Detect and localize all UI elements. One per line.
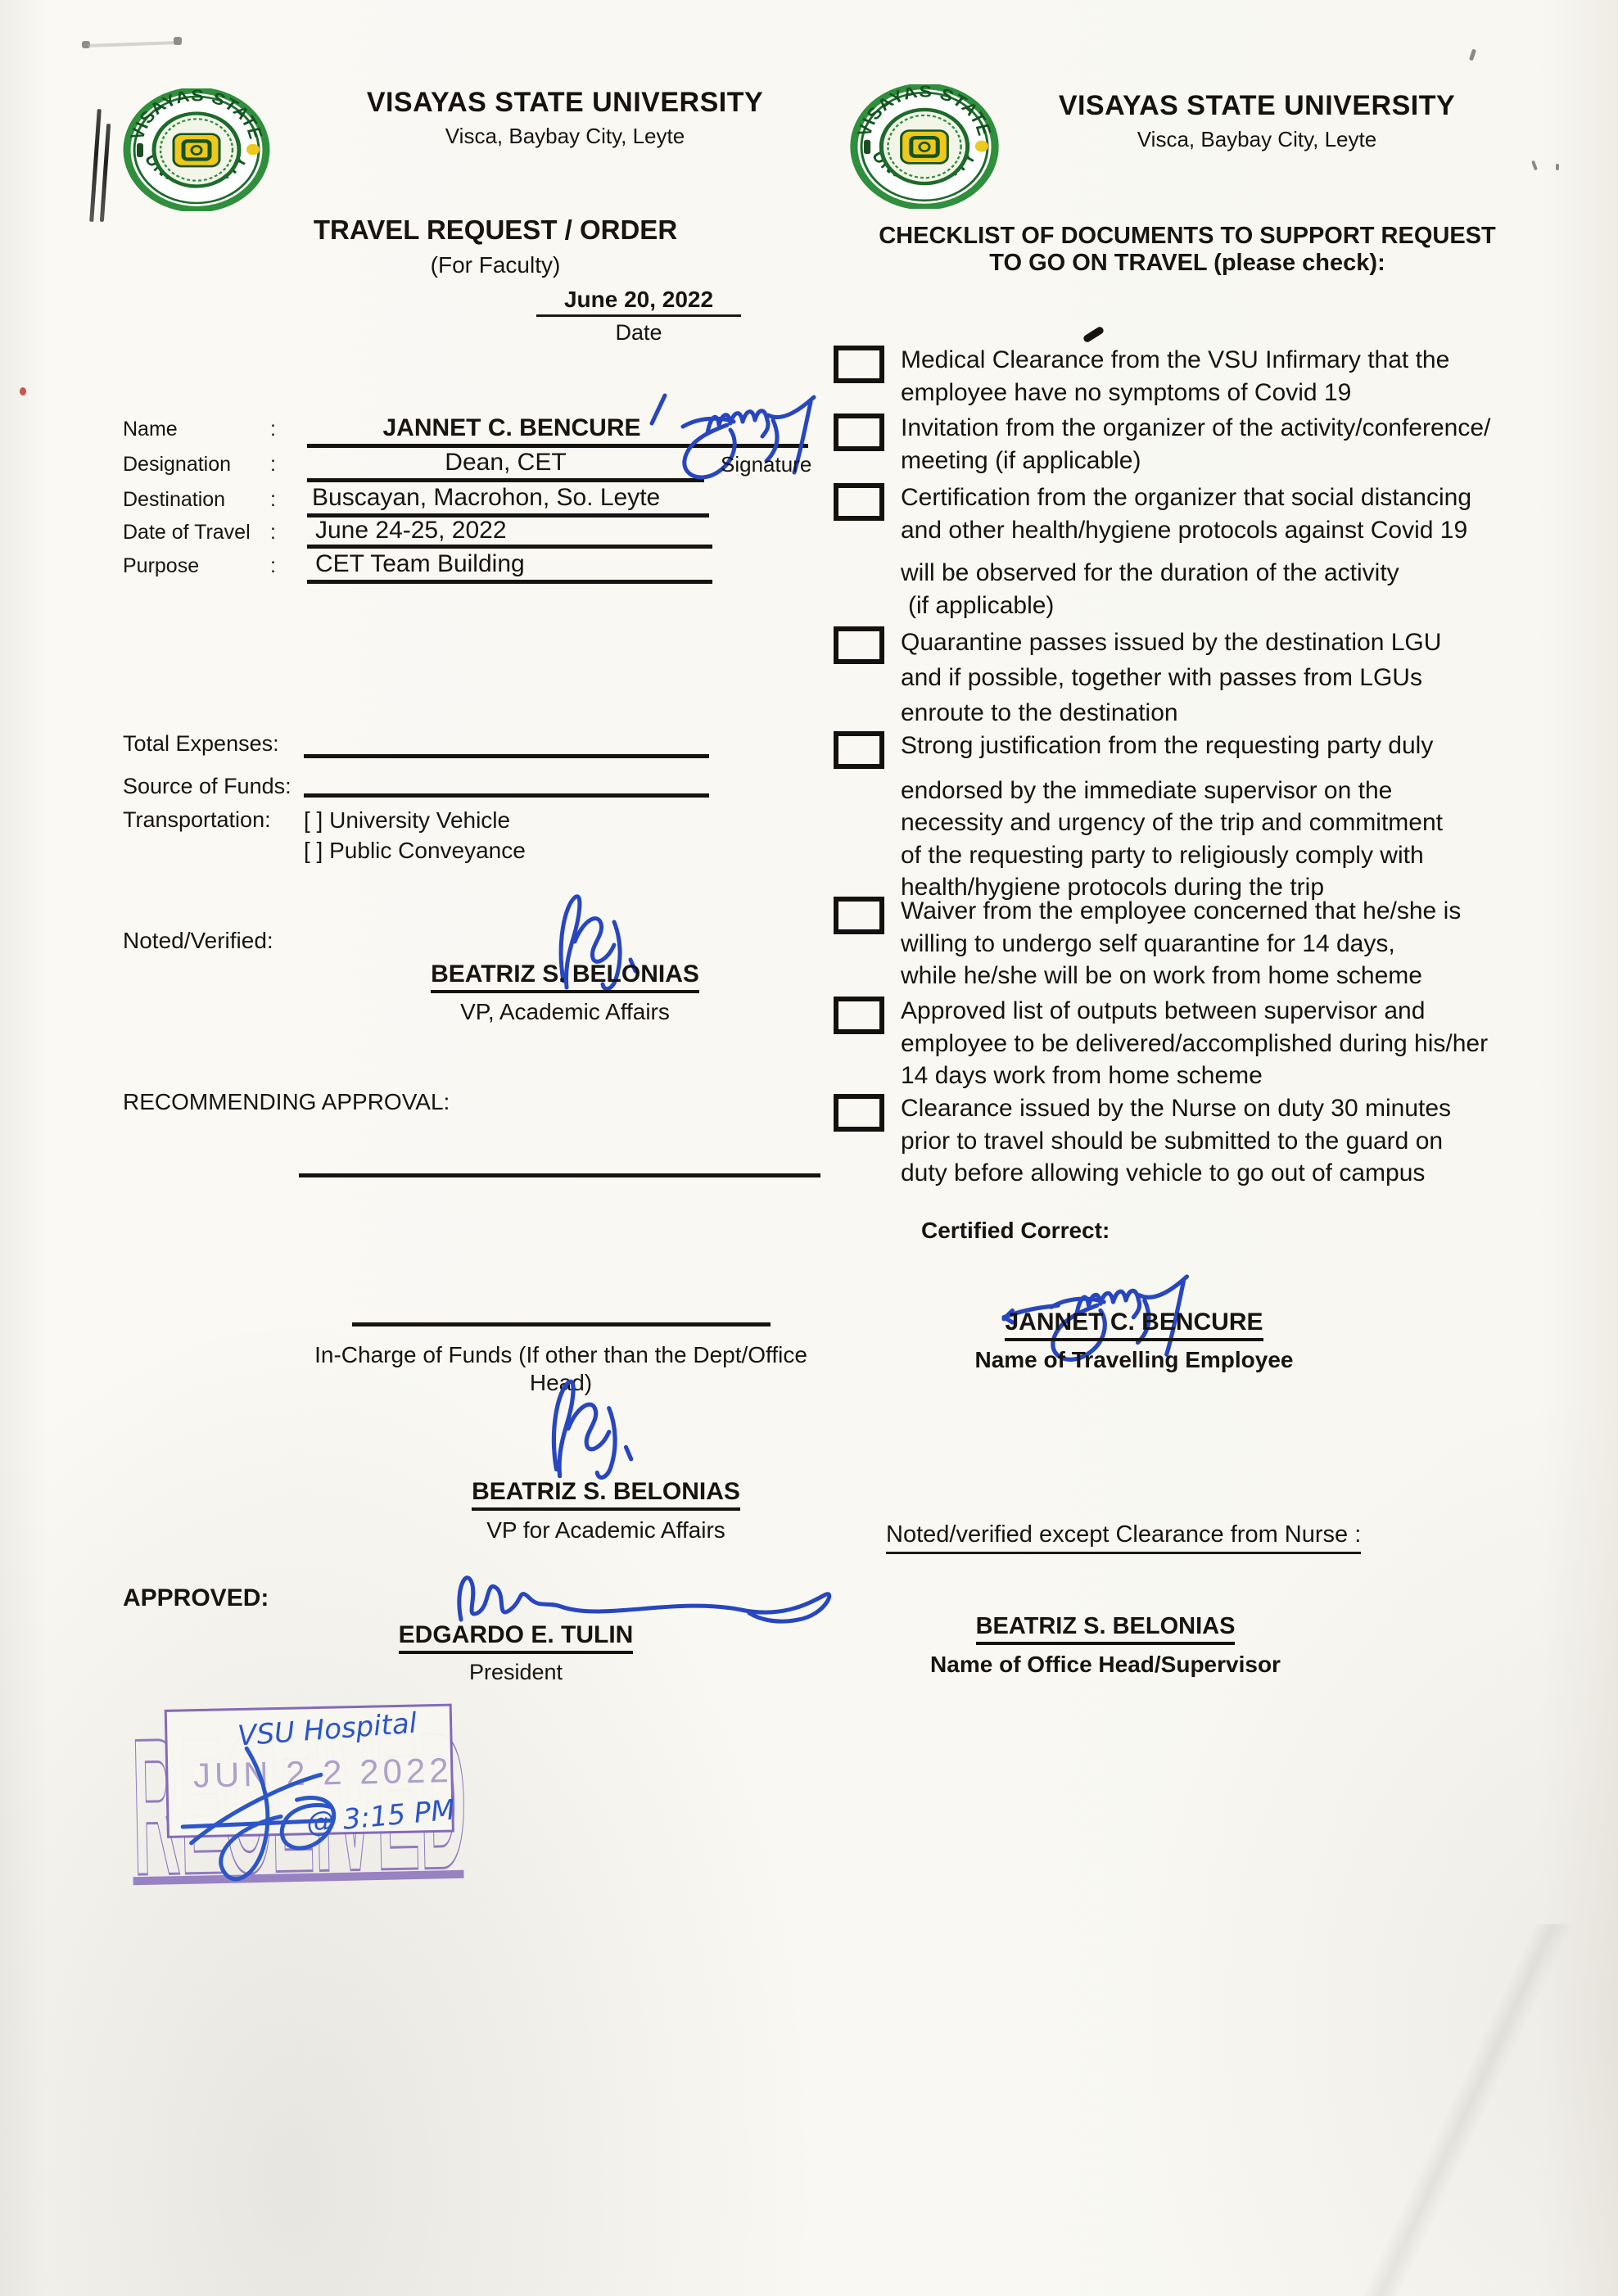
total-expenses-label: Total Expenses: <box>123 731 279 757</box>
in-charge-signature-line <box>352 1322 771 1327</box>
checklist-line: meeting (if applicable) <box>901 445 1554 477</box>
paper-speck <box>1556 164 1559 170</box>
field-label-destination: Destination <box>123 488 225 512</box>
checklist-item: Medical Clearance from the VSU Infirmary… <box>834 344 1554 409</box>
transport-option-public-conveyance: [ ] Public Conveyance <box>304 838 526 864</box>
form-title-block: TRAVEL REQUEST / ORDER (For Faculty) <box>229 215 762 278</box>
field-value-purpose: CET Team Building <box>307 550 712 584</box>
checkbox <box>834 997 884 1034</box>
transportation-label: Transportation: <box>123 807 271 833</box>
signature-caption: Signature <box>721 452 811 477</box>
checklist-line: 14 days work from home scheme <box>901 1060 1554 1092</box>
checklist-line: duty before allowing vehicle to go out o… <box>901 1157 1554 1190</box>
belonias-signature-2 <box>522 1369 662 1484</box>
checklist-item: Clearance issued by the Nurse on duty 30… <box>834 1092 1554 1190</box>
total-expenses-line <box>304 754 709 758</box>
form-subtitle: (For Faculty) <box>229 252 762 278</box>
checklist-line: enroute to the destination <box>901 695 1554 730</box>
office-head-name: BEATRIZ S. BELONIAS <box>976 1613 1236 1645</box>
checkbox <box>834 1094 884 1132</box>
field-value-date-of-travel: June 24-25, 2022 <box>307 517 712 549</box>
certified-correct-label: Certified Correct: <box>921 1218 1110 1244</box>
checklist-line: will be observed for the duration of the… <box>901 557 1554 590</box>
in-charge-title: VP for Academic Affairs <box>426 1517 786 1543</box>
field-colon: : <box>270 453 276 477</box>
source-of-funds-line <box>304 793 709 798</box>
checklist-item: Certification from the organizer that so… <box>834 481 1554 621</box>
checklist-line: Clearance issued by the Nurse on duty 30… <box>901 1092 1554 1125</box>
checkbox <box>834 731 884 769</box>
form-title: TRAVEL REQUEST / ORDER <box>229 215 762 246</box>
noted-verified-label: Noted/Verified: <box>123 928 273 954</box>
scanned-travel-request-page: VISAYAS STATE UNIVERSITY VISAYAS STATE U… <box>0 0 1618 2296</box>
field-colon: : <box>270 521 276 545</box>
checkbox <box>834 626 884 664</box>
field-label-date-of-travel: Date of Travel <box>123 521 251 545</box>
checkbox <box>834 414 884 451</box>
recommending-signature-line <box>299 1173 820 1177</box>
approved-name: EDGARDO E. TULIN <box>399 1621 634 1654</box>
university-address: Visca, Baybay City, Leyte <box>295 124 835 149</box>
checklist-line: Quarantine passes issued by the destinat… <box>901 625 1554 660</box>
field-colon: : <box>270 554 276 578</box>
field-colon: : <box>270 488 276 512</box>
in-charge-caption-line1: In-Charge of Funds (If other than the De… <box>270 1341 852 1369</box>
checklist-item: Approved list of outputs between supervi… <box>834 995 1554 1092</box>
checklist-line: Medical Clearance from the VSU Infirmary… <box>901 344 1554 377</box>
stamp-date: JUN 2 2 2022 <box>192 1751 453 1795</box>
checklist: Medical Clearance from the VSU Infirmary… <box>834 0 1554 1228</box>
checklist-item: Waiver from the employee concerned that … <box>834 895 1554 992</box>
in-charge-name: BEATRIZ S. BELONIAS <box>472 1478 740 1511</box>
approved-label: APPROVED: <box>123 1584 269 1612</box>
checklist-item: Invitation from the organizer of the act… <box>834 412 1554 477</box>
field-label-designation: Designation <box>123 453 231 477</box>
date-label: Date <box>536 320 741 346</box>
noted-name: BEATRIZ S. BELONIAS <box>431 960 699 993</box>
checklist-line: employee have no symptoms of Covid 19 <box>901 377 1554 409</box>
field-label-name: Name <box>123 418 178 441</box>
vsu-seal-left: VISAYAS STATE UNIVERSITY <box>123 88 270 211</box>
source-of-funds-label: Source of Funds: <box>123 774 292 799</box>
recommending-approval-label: RECOMMENDING APPROVAL: <box>123 1089 450 1115</box>
checklist-line: while he/she will be on work from home s… <box>901 960 1554 992</box>
checklist-line: prior to travel should be submitted to t… <box>901 1125 1554 1158</box>
staple-mark-top <box>82 36 182 49</box>
checklist-item: Strong justification from the requesting… <box>834 730 1554 904</box>
checklist-line: Strong justification from the requesting… <box>901 730 1554 762</box>
left-header: VISAYAS STATE UNIVERSITY Visca, Baybay C… <box>295 87 835 149</box>
checkbox <box>834 483 884 521</box>
office-head-caption: Name of Office Head/Supervisor <box>901 1652 1310 1678</box>
field-colon: : <box>270 418 276 441</box>
transport-option-university-vehicle: [ ] University Vehicle <box>304 807 510 834</box>
red-ink-speck <box>20 387 26 395</box>
checkbox <box>834 346 884 383</box>
received-stamp: RECEIVED VSU Hospital JUN 2 2 2022 @ 3:1… <box>122 1666 476 1892</box>
checklist-line: Invitation from the organizer of the act… <box>901 412 1554 445</box>
checklist-item: Quarantine passes issued by the destinat… <box>834 625 1554 730</box>
paper-crease <box>1310 1924 1618 2296</box>
checkbox <box>834 897 884 934</box>
staple-mark-left <box>90 109 111 224</box>
checklist-line: Certification from the organizer that so… <box>901 481 1554 514</box>
checklist-line: willing to undergo self quarantine for 1… <box>901 928 1554 960</box>
seal-torch-icon <box>137 143 143 157</box>
checklist-line: Waiver from the employee concerned that … <box>901 895 1554 928</box>
checklist-line: employee to be delivered/accomplished du… <box>901 1028 1554 1060</box>
traveller-name-block: JANNET C. BENCURE Name of Travelling Emp… <box>925 1308 1343 1373</box>
noted-except-note: Noted/verified except Clearance from Nur… <box>886 1521 1361 1554</box>
date-value: June 20, 2022 <box>536 287 741 317</box>
checklist-line: and other health/hygiene protocols again… <box>901 514 1554 547</box>
traveller-name: JANNET C. BENCURE <box>1005 1308 1263 1341</box>
noted-title: VP, Academic Affairs <box>393 999 737 1025</box>
traveller-caption: Name of Travelling Employee <box>925 1347 1343 1373</box>
checklist-line: necessity and urgency of the trip and co… <box>901 807 1554 839</box>
checklist-line: (if applicable) <box>901 590 1554 622</box>
checklist-line: Approved list of outputs between supervi… <box>901 995 1554 1028</box>
checklist-line: and if possible, together with passes fr… <box>901 660 1554 695</box>
noted-name-block: BEATRIZ S. BELONIAS VP, Academic Affairs <box>393 960 737 1025</box>
checklist-line: of the requesting party to religiously c… <box>901 839 1554 872</box>
date-block: June 20, 2022 Date <box>536 287 741 346</box>
in-charge-name-block: BEATRIZ S. BELONIAS VP for Academic Affa… <box>426 1478 786 1543</box>
checklist-line: endorsed by the immediate supervisor on … <box>901 775 1554 807</box>
university-name: VISAYAS STATE UNIVERSITY <box>295 87 835 119</box>
office-head-block: BEATRIZ S. BELONIAS Name of Office Head/… <box>901 1613 1310 1678</box>
field-label-purpose: Purpose <box>123 554 199 578</box>
seal-sun-icon <box>246 144 260 156</box>
